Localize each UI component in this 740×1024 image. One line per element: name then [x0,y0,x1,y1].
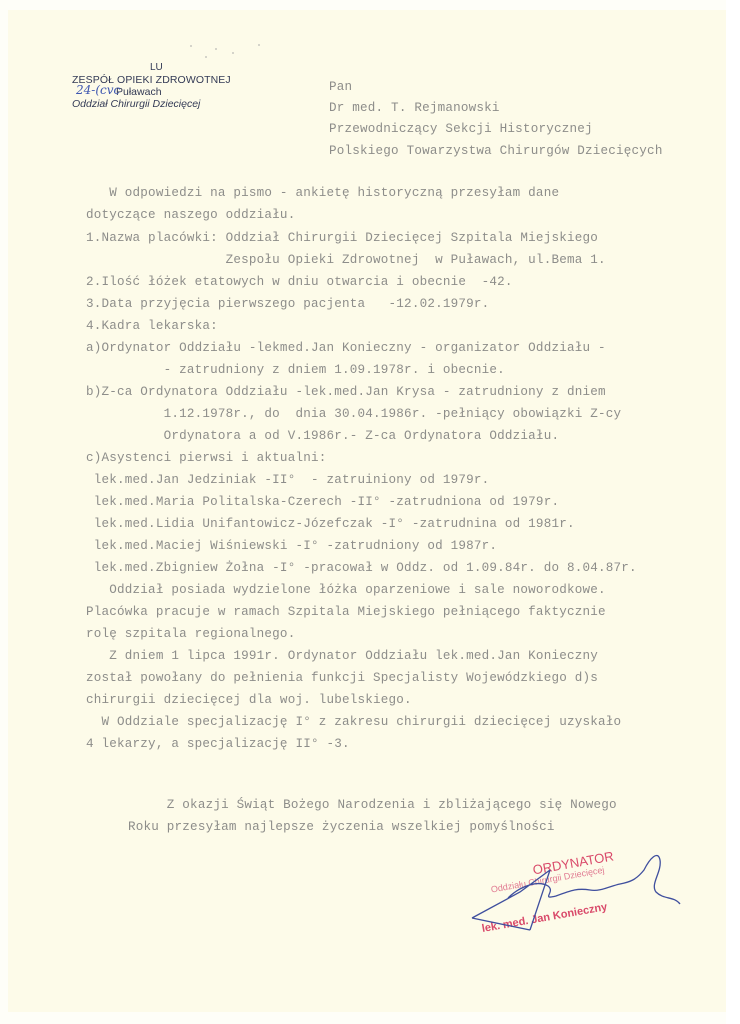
body-line: Zespołu Opieki Zdrowotnej w Puławach, ul… [86,253,606,267]
body-line: został powołany do pełnienia funkcji Spe… [86,671,598,685]
handwritten-reference: 24-(cvc [76,83,120,97]
closing-line: Z okazji Świąt Bożego Narodzenia i zbliż… [128,798,617,812]
body-line: - zatrudniony z dniem 1.09.1978r. i obec… [86,363,505,377]
body-line: W odpowiedzi na pismo - ankietę historyc… [86,186,559,200]
scan-speck [215,48,217,50]
stamp-lu: LU [72,62,231,74]
ordynator-stamp: ORDYNATOR Oddziału Chirurgii Dziecięcej … [481,848,615,935]
addressee-society: Polskiego Towarzystwa Chirurgów Dziecięc… [329,144,663,158]
body-line: a)Ordynator Oddziału -lekmed.Jan Koniecz… [86,341,606,355]
scan-edge [726,0,740,1024]
addressee-name: Dr med. T. Rejmanowski [329,101,500,115]
body-line: lek.med.Maria Politalska-Czerech -II° -z… [86,495,559,509]
scan-speck [232,52,234,54]
body-line: 3.Data przyjęcia pierwszego pacjenta -12… [86,297,489,311]
stamp-name: lek. med. Jan Konieczny [481,901,609,935]
addressee-salutation: Pan [329,80,352,94]
body-line: chirurgii dziecięcej dla woj. lubelskieg… [86,693,412,707]
addressee-position: Przewodniczący Sekcji Historycznej [329,122,593,136]
signature-and-stamp: ORDYNATOR Oddziału Chirurgii Dziecięcej … [460,840,700,935]
scan-speck [190,45,192,47]
body-line: 1.12.1978r., do dnia 30.04.1986r. -pełni… [86,407,621,421]
body-line: 1.Nazwa placówki: Oddział Chirurgii Dzie… [86,231,598,245]
body-line: dotyczące naszego oddziału. [86,208,295,222]
body-line: lek.med.Zbigniew Żołna -I° -pracował w O… [86,561,637,575]
body-line: Z dniem 1 lipca 1991r. Ordynator Oddział… [86,649,598,663]
body-line: lek.med.Jan Jedziniak -II° - zatruiniony… [86,473,489,487]
body-line: Ordynatora a od V.1986r.- Z-ca Ordynator… [86,429,559,443]
scan-speck [258,44,260,46]
body-line: Oddział posiada wydzielone łóżka oparzen… [86,583,606,597]
body-line: rolę szpitala regionalnego. [86,627,295,641]
body-line: lek.med.Maciej Wiśniewski -I° -zatrudnio… [86,539,497,553]
stamp-department: Oddział Chirurgii Dziecięcej [72,98,231,110]
body-line: 4 lekarzy, a specjalizację II° -3. [86,737,350,751]
body-line: b)Z-ca Ordynatora Oddziału -lek.med.Jan … [86,385,606,399]
body-line: 4.Kadra lekarska: [86,319,218,333]
body-line: W Oddziale specjalizację I° z zakresu ch… [86,715,621,729]
scan-speck [205,56,207,58]
body-line: c)Asystenci pierwsi i aktualni: [86,451,326,465]
body-line: 2.Ilość łóżek etatowych w dniu otwarcia … [86,275,513,289]
body-line: lek.med.Lidia Unifantowicz-Józefczak -I°… [86,517,575,531]
closing-line: Roku przesyłam najlepsze życzenia wszelk… [128,820,555,834]
body-line: Placówka pracuje w ramach Szpitala Miejs… [86,605,606,619]
